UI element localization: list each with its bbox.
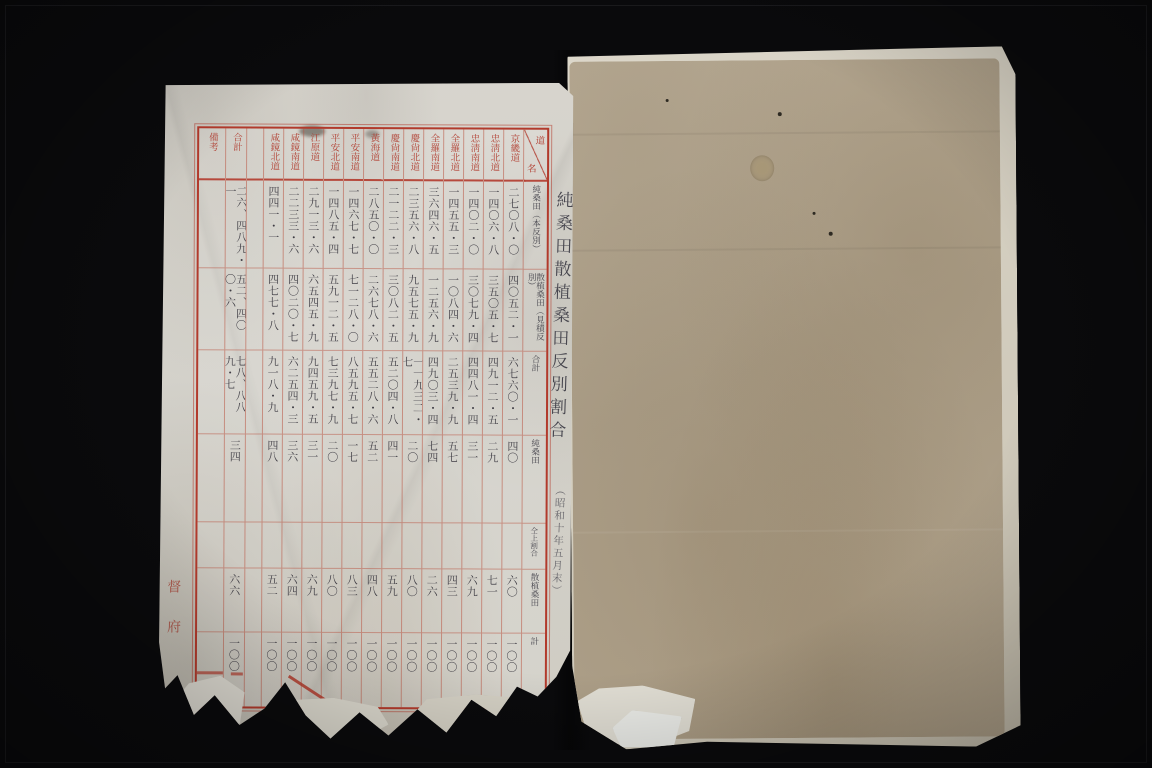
page-crease: [573, 528, 1003, 533]
data-cell: [246, 434, 262, 522]
data-cell: 二八五〇・〇: [364, 181, 383, 269]
data-cell: [246, 268, 262, 350]
column-header: 黃海道: [364, 129, 383, 181]
data-cell: 二〇: [403, 435, 422, 523]
data-cell: 一〇〇: [422, 633, 441, 707]
data-cell: 五二、四〇〇・六: [225, 268, 245, 350]
data-cell: [382, 523, 401, 569]
column-header: 咸鏡南道: [284, 129, 303, 181]
data-cell: 三五〇五・七: [483, 270, 502, 352]
province-column: 平安南道一四六七・七七一二八・〇八五九五・七一七八三一〇〇: [342, 129, 365, 707]
data-cell: [422, 523, 441, 569]
row-label-cell: 散植桑田: [522, 570, 545, 634]
data-cell: 二一二二・三: [384, 181, 403, 269]
data-cell: [342, 523, 361, 569]
province-column: 江原道二九一三・六六五四五・九九四五九・五三一六九一〇〇: [302, 129, 325, 707]
corner-cell: 道名: [524, 130, 547, 182]
ink-speck: [666, 99, 669, 102]
data-cell: 二六、四八九・一: [226, 180, 246, 268]
column-header: 慶尙南道: [384, 129, 403, 181]
data-cell: [246, 350, 262, 434]
column-header: 忠淸北道: [484, 130, 503, 182]
province-column: 咸鏡南道二二三三・六四〇二〇・七六二五四・三三六六四一〇〇: [282, 129, 305, 707]
data-cell: 一〇〇: [382, 633, 401, 707]
ink-speck: [813, 212, 816, 215]
data-cell: 七四: [423, 435, 442, 523]
data-cell: 八〇: [402, 569, 421, 633]
data-cell: 二六: [422, 569, 441, 633]
province-column: 咸鏡北道四四一・一四七七・八九一八・九四八五二一〇〇: [262, 129, 285, 707]
data-cell: [462, 523, 481, 569]
data-cell: 五二: [262, 569, 281, 633]
left-ledger-page: 備考合計二六、四八九・一五二、四〇〇・六七八、八八九・七三四六六一〇〇咸鏡北道四…: [157, 81, 574, 743]
data-cell: 三六: [283, 435, 302, 523]
data-cell: 七一: [482, 570, 501, 634]
data-cell: 二〇: [323, 435, 342, 523]
data-cell: 九一八・九: [263, 351, 282, 435]
data-cell: 四〇五二・一: [503, 270, 522, 352]
data-cell: 五五二八・六: [363, 351, 382, 435]
round-stain: [750, 155, 774, 181]
data-cell: 二七〇八・〇: [504, 182, 523, 270]
data-cell: 二六七八・六: [363, 269, 382, 351]
data-cell: [197, 568, 223, 632]
data-cell: 一四五五・三: [444, 181, 463, 269]
data-cell: [502, 524, 521, 570]
data-cell: 五九一二・五: [323, 269, 342, 351]
data-cell: [245, 568, 261, 632]
data-cell: [442, 523, 461, 569]
data-cell: [302, 523, 321, 569]
column-header: 備考: [199, 128, 225, 180]
data-cell: 二三五六・八: [404, 181, 423, 269]
right-page-stack-edges: [567, 46, 1020, 749]
province-column: 黃海道二八五〇・〇二六七八・六五五二八・六五二四八一〇〇: [362, 129, 385, 707]
ink-speck: [778, 112, 782, 116]
data-cell: 六二五四・三: [283, 351, 302, 435]
data-cell: 一〇〇: [262, 633, 281, 707]
data-cell: 三〇七九・四: [463, 269, 482, 351]
data-cell: [198, 434, 224, 522]
column-header: 全羅北道: [444, 129, 463, 181]
data-cell: [322, 523, 341, 569]
notes-column: 備考: [197, 128, 227, 706]
data-cell: 二二三三・六: [284, 181, 303, 269]
data-cell: 八〇: [322, 569, 341, 633]
province-column: 平安北道一四八五・四五九一二・五七三九七・九二〇八〇一〇〇: [322, 129, 345, 707]
province-column: 忠淸南道一四〇二・〇三〇七九・四四四八一・四三一六九一〇〇: [462, 129, 485, 707]
province-column: 全羅南道三六四六・五一二五六・九四九〇三・四七四二六一〇〇: [422, 129, 445, 707]
data-cell: 三六四六・五: [424, 181, 443, 269]
data-cell: [402, 523, 421, 569]
row-label-cell: 純桑田（本反別）: [524, 182, 547, 270]
data-cell: 四一: [383, 435, 402, 523]
data-cell: 一七: [343, 435, 362, 523]
column-header: 江原道: [304, 129, 323, 181]
data-cell: 九五七五・九: [403, 269, 422, 351]
torn-paper-piece: [409, 694, 559, 745]
data-cell: 四〇二〇・七: [283, 269, 302, 351]
data-cell: 六五四五・九: [303, 269, 322, 351]
data-cell: [245, 522, 261, 568]
data-cell: 五二〇四・八: [383, 351, 402, 435]
column-header: 合計: [226, 128, 246, 180]
row-label-cell: 散植桑田（見積反別）: [523, 270, 546, 352]
data-cell: 六七六〇・一: [503, 352, 522, 436]
data-cell: 一〇〇: [282, 633, 301, 707]
data-cell: 四九〇三・四: [423, 351, 442, 435]
column-header: 平安北道: [324, 129, 343, 181]
column-header: 京畿道: [504, 130, 523, 182]
data-cell: 六九: [302, 569, 321, 633]
data-cell: [199, 180, 225, 268]
data-cell: 四四一・一: [264, 181, 283, 269]
data-cell: 三一: [463, 435, 482, 523]
column-header: [247, 128, 263, 180]
province-column: 全羅北道一四五五・三一〇八四・六二五三九・九五七四三一〇〇: [442, 129, 465, 707]
data-cell: 六〇: [502, 570, 521, 634]
photo-of-open-ledger: 備考合計二六、四八九・一五二、四〇〇・六七八、八八九・七三四六六一〇〇咸鏡北道四…: [0, 0, 1152, 768]
data-cell: 一〇〇: [502, 634, 521, 708]
data-cell: 九四五九・五: [303, 351, 322, 435]
data-cell: 一二五六・九: [423, 269, 442, 351]
row-label-cell: 計: [522, 634, 545, 708]
column-header: 咸鏡北道: [264, 129, 283, 181]
right-blank-page: [569, 58, 1004, 739]
title-caption: （昭和十年五月末）: [547, 485, 568, 635]
data-cell: 一〇〇: [342, 633, 361, 707]
data-cell: 八五九五・七: [343, 351, 362, 435]
column-header: 全羅南道: [424, 129, 443, 181]
data-cell: [262, 523, 281, 569]
data-cell: 三四: [225, 434, 245, 522]
data-cell: 六六: [224, 568, 244, 632]
data-cell: [362, 523, 381, 569]
data-cell: 五二: [363, 435, 382, 523]
data-cell: 八三: [342, 569, 361, 633]
data-cell: 一〇〇: [322, 633, 341, 707]
data-cell: 四七七・八: [263, 269, 282, 351]
data-cell: 四三: [442, 569, 461, 633]
data-cell: 五七: [443, 435, 462, 523]
data-cell: [198, 268, 224, 350]
data-cell: 三一: [303, 435, 322, 523]
data-cell: [282, 523, 301, 569]
data-cell: 一四〇二・〇: [464, 181, 483, 269]
province-column: 京畿道二七〇八・〇四〇五二・一六七六〇・一四〇六〇一〇〇: [502, 130, 525, 708]
data-cell: 一一九三二・七: [403, 351, 422, 435]
data-cell: 一四六七・七: [344, 181, 363, 269]
province-column: 忠淸北道一四〇六・八三五〇五・七四九一二・五二九七一一〇〇: [482, 130, 505, 708]
data-cell: 六四: [282, 569, 301, 633]
torn-border-mark: [197, 671, 223, 674]
data-cell: [482, 524, 501, 570]
data-cell: 二九一三・六: [304, 181, 323, 269]
column-header: 慶尙北道: [404, 129, 423, 181]
data-cell: [247, 180, 263, 268]
data-cell: 七一二八・〇: [343, 269, 362, 351]
data-cell: 七三九七・九: [323, 351, 342, 435]
data-cell: 四〇: [503, 436, 522, 524]
data-cell: 一〇八四・六: [443, 269, 462, 351]
page-crease: [571, 246, 1001, 251]
data-cell: 二五三九・九: [443, 351, 462, 435]
data-cell: [245, 632, 261, 706]
data-cell: 七八、八八九・七: [225, 350, 245, 434]
torn-border-mark: [231, 672, 243, 675]
province-column: 慶尙北道二三五六・八九五七五・九一一九三二・七二〇八〇一〇〇: [402, 129, 425, 707]
data-cell: 一〇〇: [402, 633, 421, 707]
data-cell: 五九: [382, 569, 401, 633]
data-cell: 四八: [362, 569, 381, 633]
column-header: 忠淸南道: [464, 129, 483, 181]
data-cell: 三〇八二・五: [383, 269, 402, 351]
total-column: 合計二六、四八九・一五二、四〇〇・六七八、八八九・七三四六六一〇〇: [224, 128, 248, 706]
data-cell: 四九一二・五: [483, 352, 502, 436]
data-cell: 一〇〇: [362, 633, 381, 707]
margin-stamp-text: 督府: [163, 579, 183, 659]
data-cell: 六九: [462, 569, 481, 633]
province-column: 慶尙南道二一二二・三三〇八二・五五二〇四・八四一五九一〇〇: [382, 129, 405, 707]
column-header: 平安南道: [344, 129, 363, 181]
data-cell: 四四八一・四: [463, 351, 482, 435]
data-cell: 一四〇六・八: [484, 182, 503, 270]
data-cell: 一四八五・四: [324, 181, 343, 269]
data-cell: [197, 522, 223, 568]
mulberry-field-table: 備考合計二六、四八九・一五二、四〇〇・六七八、八八九・七三四六六一〇〇咸鏡北道四…: [195, 126, 550, 710]
data-cell: [198, 350, 224, 434]
ink-speck: [829, 232, 833, 236]
data-cell: 四八: [263, 435, 282, 523]
page-crease: [570, 130, 1000, 135]
row-label-cell: 仝上割合: [522, 524, 545, 570]
data-cell: 二九: [483, 436, 502, 524]
data-cell: [224, 522, 244, 568]
